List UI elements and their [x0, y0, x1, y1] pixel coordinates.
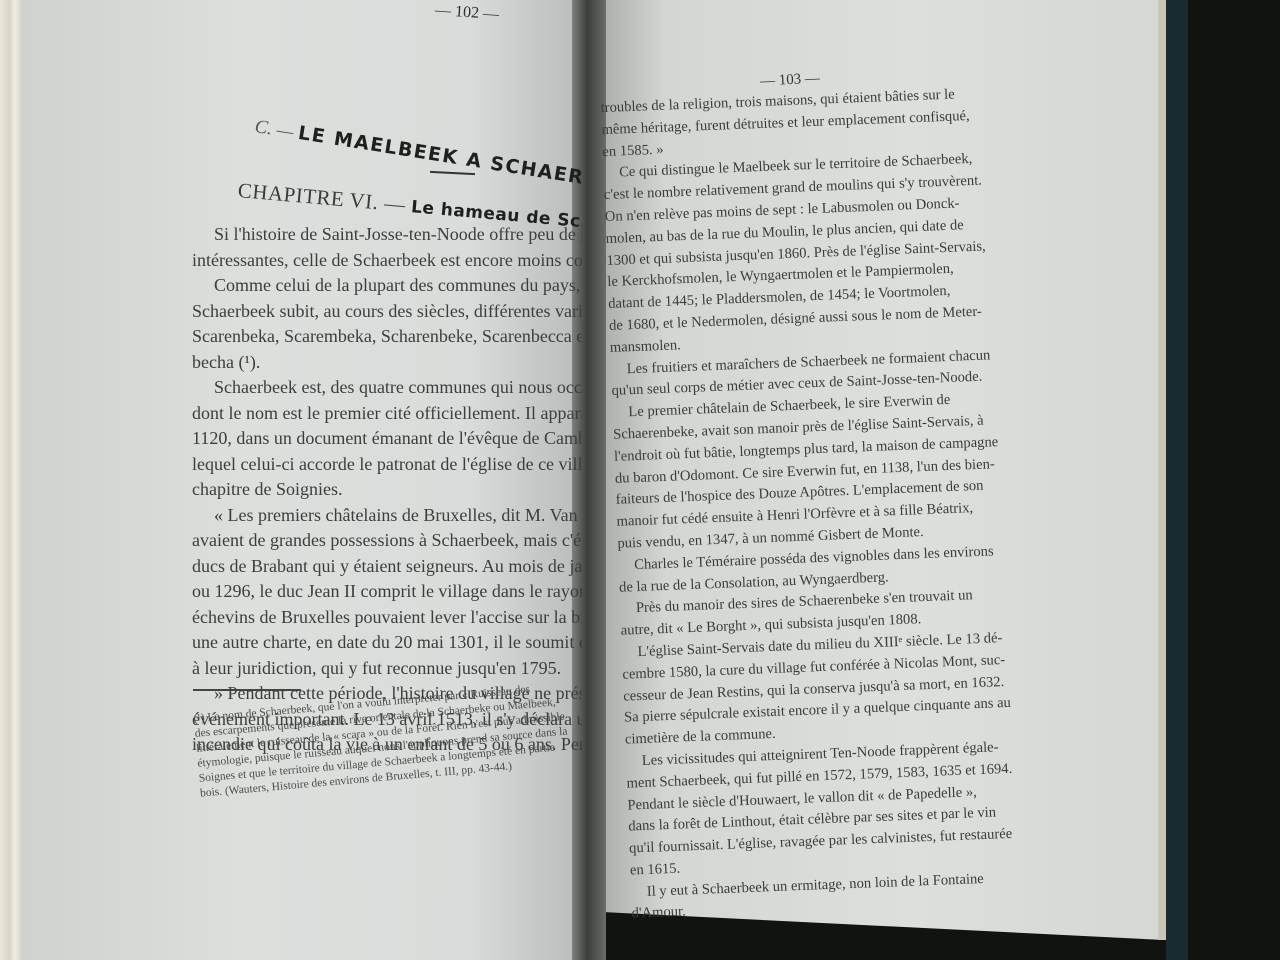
left-page-content: — 102 — C. — LE MAELBEEK A SCHAERBEEK CH… [22, 0, 582, 960]
text-line: Si l'histoire de Saint-Josse-ten-Noode o… [192, 222, 582, 248]
chapter-label: CHAPITRE VI. — [237, 178, 407, 217]
page-number-right: — 103 — [760, 70, 821, 90]
page-number-left: — 102 — [434, 2, 499, 24]
book-photograph: — 102 — C. — LE MAELBEEK A SCHAERBEEK CH… [0, 0, 1280, 960]
text-line: ou 1296, le duc Jean II comprit le villa… [192, 579, 582, 605]
section-label: C. — [253, 116, 295, 143]
page-stack-edge [0, 0, 24, 960]
text-line: avaient de grandes possessions à Schaerb… [192, 528, 582, 554]
text-line: échevins de Bruxelles pouvaient lever l'… [192, 605, 582, 631]
book-cover-binding [1166, 0, 1188, 960]
text-line: Schaerbeek est, des quatre communes qui … [192, 375, 582, 401]
text-line: « Les premiers châtelains de Bruxelles, … [192, 503, 582, 529]
footnote-rule [193, 689, 301, 691]
text-line: 1120, dans un document émanant de l'évêq… [192, 426, 582, 452]
text-line: lequel celui-ci accorde le patronat de l… [192, 452, 582, 478]
right-page-content: — 103 — troubles de la religion, trois m… [598, 0, 1023, 960]
text-line: Schaerbeek subit, au cours des siècles, … [192, 299, 582, 325]
text-line: becha (¹). [192, 350, 582, 376]
text-line: à leur juridiction, qui y fut reconnue j… [192, 656, 582, 682]
text-line: ducs de Brabant qui y étaient seigneurs.… [192, 554, 582, 580]
text-line: chapitre de Soignies. [192, 477, 582, 503]
text-line: une autre charte, en date du 20 mai 1301… [192, 630, 582, 656]
text-line: Comme celui de la plupart des communes d… [192, 273, 582, 299]
text-line: Scarenbeka, Scarembeka, Scharenbeke, Sca… [192, 324, 582, 350]
text-line: dont le nom est le premier cité officiel… [192, 401, 582, 427]
right-page-body: troubles de la religion, trois maisons, … [600, 82, 1023, 926]
text-line: intéressantes, celle de Schaerbeek est e… [192, 248, 582, 274]
left-page-body: Si l'histoire de Saint-Josse-ten-Noode o… [192, 222, 582, 758]
